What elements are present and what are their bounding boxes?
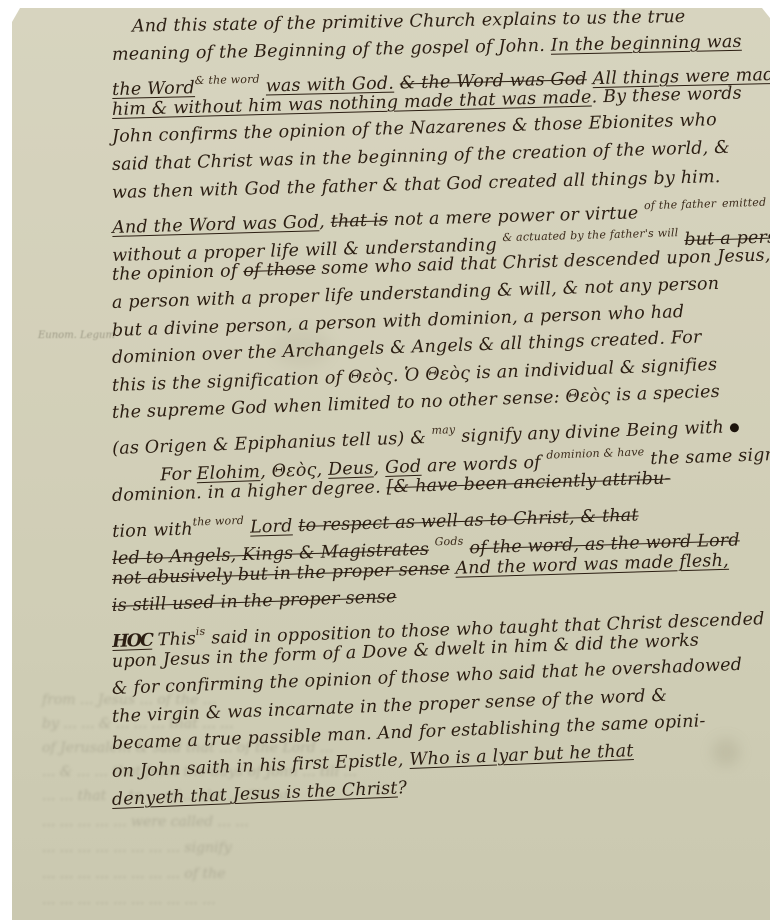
ink-blot [730,423,739,432]
interlinear-insertion: & the word [195,73,260,87]
interlinear-insertion: Gods [434,535,463,549]
manuscript-text: And this state of the primitive Church e… [112,14,770,814]
interlinear-insertion: dominion & have [546,445,644,461]
struck-text: of those [243,259,316,281]
interlinear-insertion: the word [192,514,244,529]
interlinear-insertion: emitted [722,196,767,210]
interlinear-insertion: is [196,625,206,638]
interlinear-insertion: & actuated by the father's will [502,226,678,244]
interlinear-insertion: of the father [644,197,717,212]
manuscript-page: Eunom. Legum from ... Jesus ... of the .… [12,8,770,920]
interlinear-insertion: may [431,423,455,437]
margin-note: Eunom. Legum [38,330,115,341]
struck-text: [& have been anciently attribu- [386,469,671,498]
